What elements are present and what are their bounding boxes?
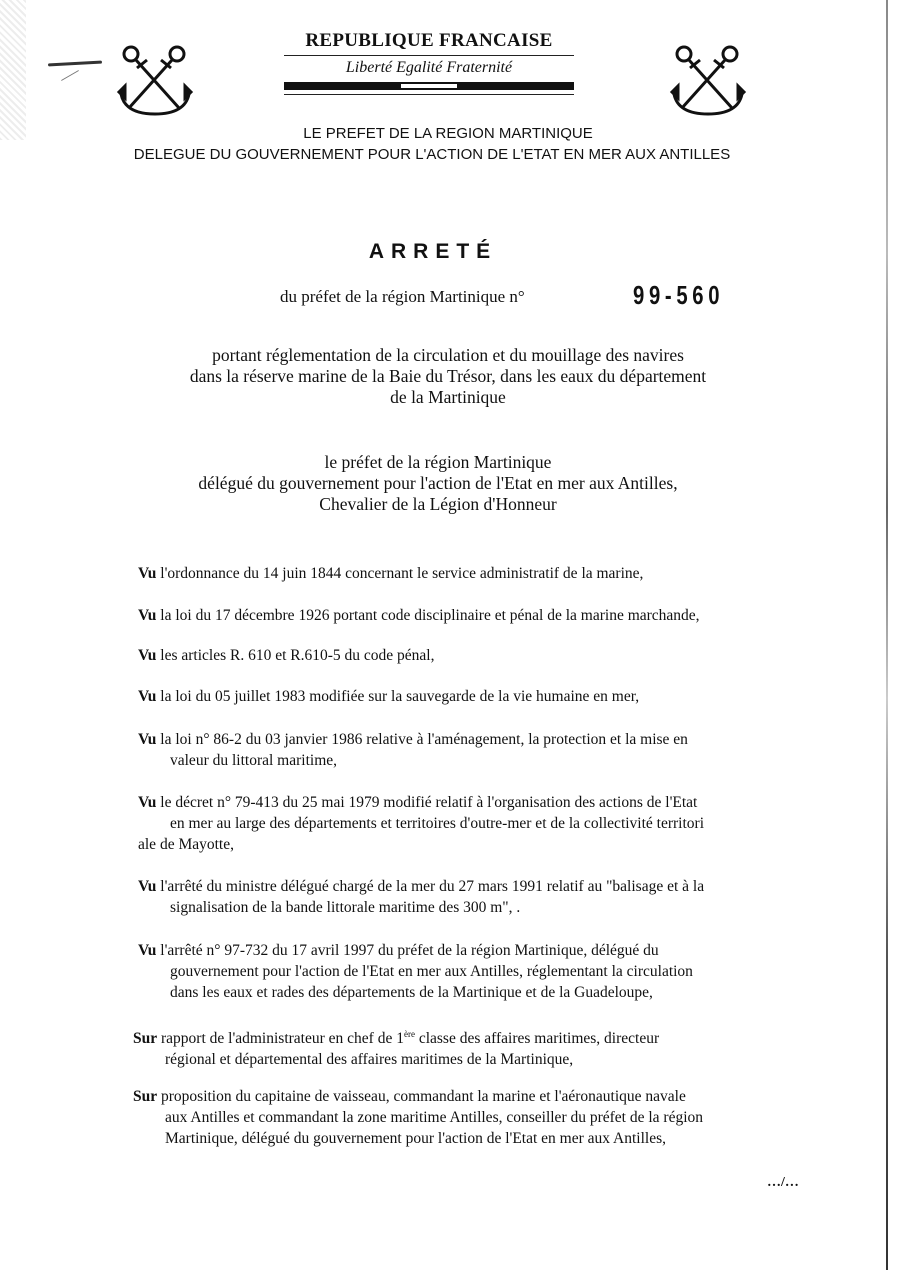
visa-lead: Vu: [138, 878, 156, 895]
visa-item: Vu la loi du 05 juillet 1983 modifiée su…: [138, 686, 804, 707]
visa-continuation: valeur du littoral maritime,: [138, 750, 804, 771]
flag-bar: [284, 82, 574, 90]
visa-text: proposition du capitaine de vaisseau, co…: [161, 1088, 686, 1105]
crossed-anchors-icon: [668, 42, 748, 122]
visa-lead: Vu: [138, 565, 156, 582]
visa-text: la loi du 05 juillet 1983 modifiée sur l…: [160, 688, 639, 705]
visa-continuation: régional et départemental des affaires m…: [133, 1049, 804, 1070]
visa-text: l'arrêté n° 97-732 du 17 avril 1997 du p…: [160, 942, 658, 959]
visa-text: les articles R. 610 et R.610-5 du code p…: [160, 647, 434, 664]
visa-continuation: dans les eaux et rades des départements …: [138, 982, 804, 1003]
visa-text: rapport de l'administrateur en chef de 1: [161, 1030, 404, 1047]
visa-lead: Vu: [138, 647, 156, 664]
object-line: portant réglementation de la circulation…: [0, 345, 898, 366]
object-block: portant réglementation de la circulation…: [0, 345, 898, 408]
visa-item: Vu l'ordonnance du 14 juin 1844 concerna…: [138, 563, 804, 584]
divider: [284, 94, 574, 95]
handwritten-mark: [61, 70, 79, 81]
visa-continuation: aux Antilles et commandant la zone marit…: [133, 1107, 804, 1128]
republic-title: REPUBLIQUE FRANCAISE: [284, 30, 574, 52]
visa-continuation: ale de Mayotte,: [138, 834, 804, 855]
visa-lead: Vu: [138, 794, 156, 811]
visa-continuation: Martinique, délégué du gouvernement pour…: [133, 1128, 804, 1149]
authority-line: le préfet de la région Martinique: [0, 452, 888, 473]
visa-item: Vu les articles R. 610 et R.610-5 du cod…: [138, 645, 804, 666]
visa-text: le décret n° 79-413 du 25 mai 1979 modif…: [160, 794, 697, 811]
authority-line: délégué du gouvernement pour l'action de…: [0, 473, 888, 494]
document-title: ARRETÉ: [0, 240, 866, 264]
visa-item: Vu le décret n° 79-413 du 25 mai 1979 mo…: [138, 792, 804, 855]
visa-continuation: signalisation de la bande littorale mari…: [138, 897, 804, 918]
visa-lead: Vu: [138, 607, 156, 624]
visa-continuation: gouvernement pour l'action de l'Etat en …: [138, 961, 804, 982]
visa-item: Sur rapport de l'administrateur en chef …: [133, 1024, 804, 1070]
scan-noise: [0, 0, 26, 140]
continued-marker: …/…: [767, 1175, 799, 1191]
visa-lead: Sur: [133, 1088, 157, 1105]
visa-text: classe des affaires maritimes, directeur: [415, 1030, 659, 1047]
visa-lead: Vu: [138, 942, 156, 959]
delegate-line: DELEGUE DU GOUVERNEMENT POUR L'ACTION DE…: [0, 146, 882, 163]
visa-item: Vu l'arrêté du ministre délégué chargé d…: [138, 876, 804, 918]
visa-item: Vu l'arrêté n° 97-732 du 17 avril 1997 d…: [138, 940, 804, 1003]
superscript: ère: [404, 1029, 415, 1039]
visa-lead: Vu: [138, 688, 156, 705]
handwritten-mark: [48, 61, 102, 67]
visa-lead: Sur: [133, 1030, 157, 1047]
visa-item: Vu la loi du 17 décembre 1926 portant co…: [138, 605, 804, 626]
arrete-number: 99-560: [633, 280, 724, 311]
visa-text: la loi n° 86-2 du 03 janvier 1986 relati…: [160, 731, 688, 748]
visa-text: l'arrêté du ministre délégué chargé de l…: [160, 878, 704, 895]
object-line: de la Martinique: [0, 387, 898, 408]
republic-header: REPUBLIQUE FRANCAISE Liberté Egalité Fra…: [284, 30, 574, 98]
authority-line: Chevalier de la Légion d'Honneur: [0, 494, 888, 515]
authority-block: le préfet de la région Martinique délégu…: [0, 452, 888, 515]
republic-motto: Liberté Egalité Fraternité: [284, 59, 574, 77]
visa-text: l'ordonnance du 14 juin 1844 concernant …: [160, 565, 643, 582]
prefect-line: LE PREFET DE LA REGION MARTINIQUE: [0, 125, 898, 142]
visa-text: la loi du 17 décembre 1926 portant code …: [160, 607, 699, 624]
visa-lead: Vu: [138, 731, 156, 748]
visa-continuation: en mer au large des départements et terr…: [138, 813, 804, 834]
object-line: dans la réserve marine de la Baie du Tré…: [0, 366, 898, 387]
crossed-anchors-icon: [115, 42, 195, 122]
visa-item: Sur proposition du capitaine de vaisseau…: [133, 1086, 804, 1149]
scan-edge: [886, 0, 888, 1270]
divider: [284, 55, 574, 56]
flag-bar-white: [400, 83, 458, 89]
document-subtitle: du préfet de la région Martinique n°: [280, 287, 525, 307]
visa-item: Vu la loi n° 86-2 du 03 janvier 1986 rel…: [138, 729, 804, 771]
